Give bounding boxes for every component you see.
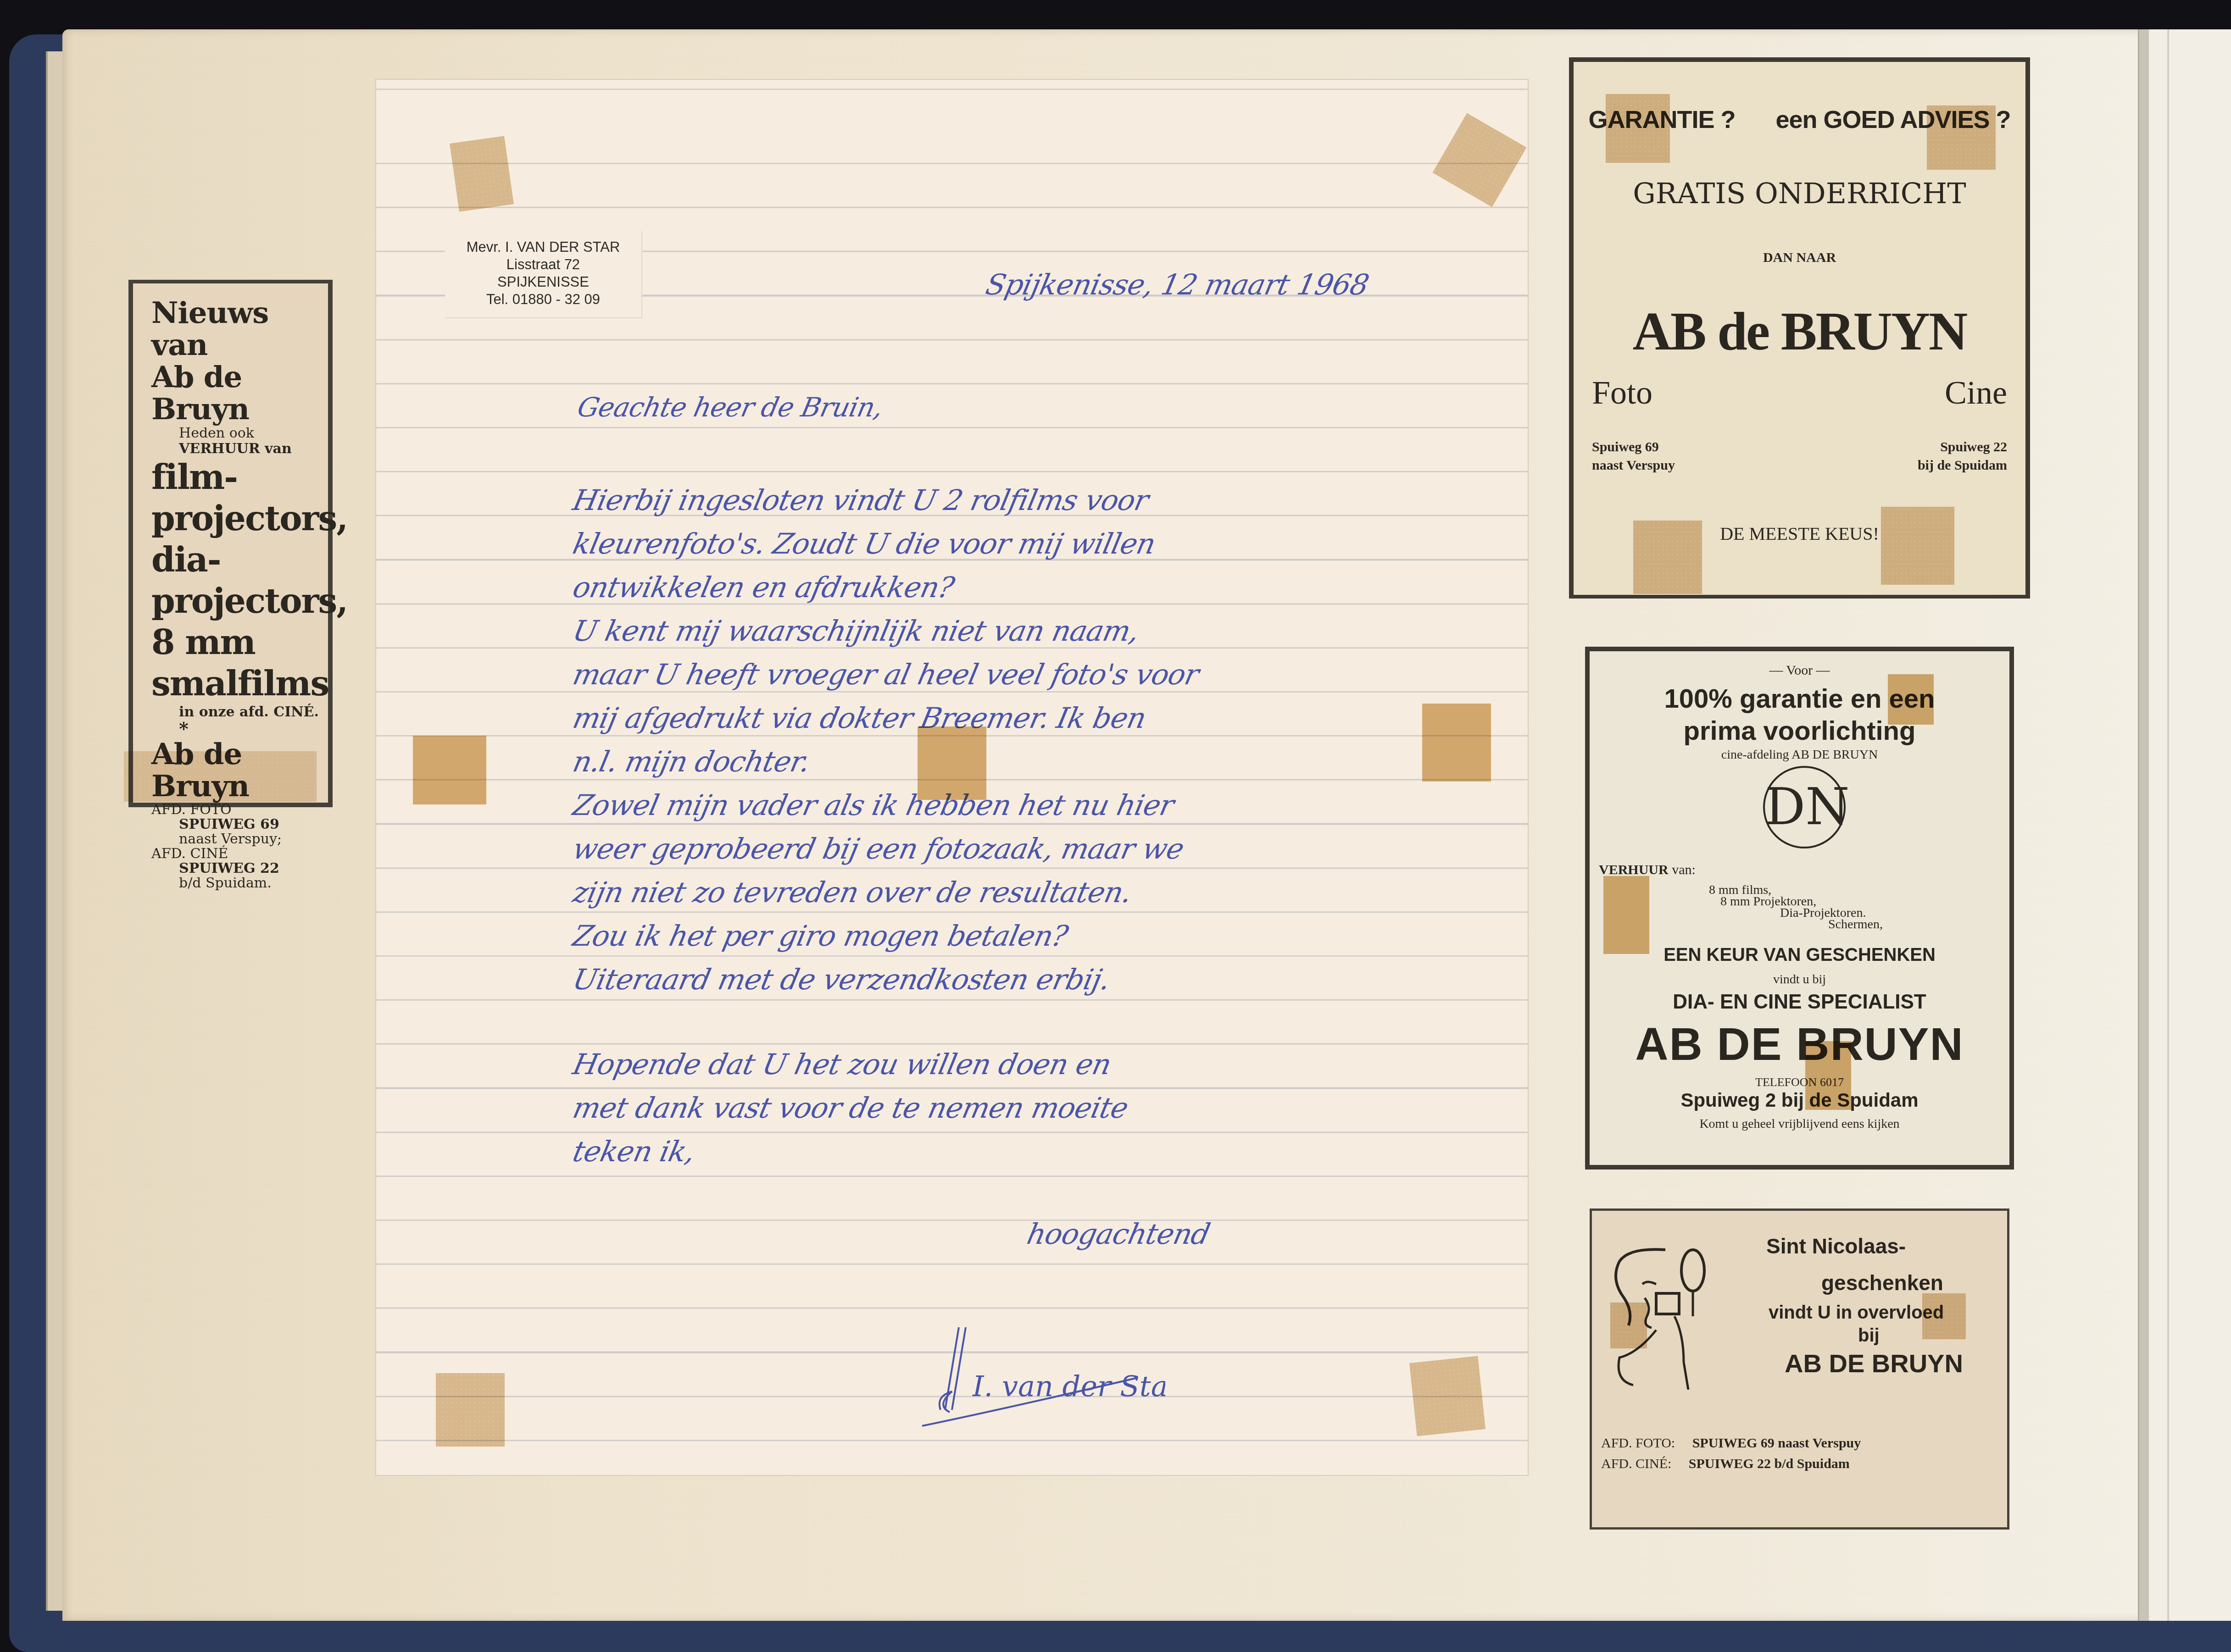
tape-strip bbox=[1610, 1303, 1647, 1348]
ad-address: Spuiweg 2 bij de Spuidam bbox=[1590, 1089, 2009, 1111]
clip-line: Ab de Bruyn bbox=[151, 361, 319, 426]
tape-strip bbox=[1888, 674, 1934, 725]
ad-dan-naar: DAN NAAR bbox=[1574, 250, 2025, 266]
tape-strip bbox=[436, 1373, 505, 1447]
ad-address-line: Spuiweg 22 bbox=[1918, 438, 2007, 456]
clip-line: VERHUUR van bbox=[151, 441, 319, 457]
tape-strip bbox=[1927, 105, 1996, 170]
tape-strip bbox=[450, 136, 514, 211]
tape-strip bbox=[1922, 1293, 1966, 1339]
clip-line: Heden ook bbox=[151, 426, 319, 441]
tape-strip bbox=[1422, 704, 1491, 782]
letter-body-line: weer geprobeerd bij een fotozaak, maar w… bbox=[570, 832, 1187, 865]
ad-dept-address: SPUIWEG 69 naast Verspuy bbox=[1692, 1436, 1861, 1451]
letter-body-line: Hierbij ingesloten vindt U 2 rolfilms vo… bbox=[570, 483, 1152, 517]
tape-strip bbox=[1606, 94, 1670, 163]
letter-body-line: n.l. mijn dochter. bbox=[570, 745, 813, 778]
ad-verhuur-van: van: bbox=[1672, 862, 1696, 877]
clip-line: Nieuws van bbox=[151, 297, 319, 361]
ad-subline: cine-afdeling AB DE BRUYN bbox=[1590, 748, 2009, 762]
handwritten-letter: Mevr. I. VAN DER STAR Lisstraat 72 SPIJK… bbox=[376, 80, 1528, 1475]
letter-body-line: ontwikkelen en afdrukken? bbox=[570, 571, 957, 604]
tape-strip bbox=[1409, 1356, 1485, 1436]
album-next-page bbox=[2149, 29, 2231, 1621]
ad-dept-label: AFD. FOTO: bbox=[1601, 1436, 1675, 1451]
letter-closing-line: teken ik, bbox=[570, 1135, 698, 1168]
album-gutter bbox=[2138, 29, 2149, 1621]
signature-icon: I. van der Star bbox=[908, 1318, 1165, 1428]
letter-closing-line: Hopende dat U het zou willen doen en bbox=[570, 1048, 1114, 1081]
newspaper-clipping-sinterklaas-ad: Sint Nicolaas- geschenken vindt U in ove… bbox=[1590, 1209, 2009, 1530]
clip-line: AFD. CINÉ bbox=[151, 847, 319, 861]
ad-dept-label: AFD. CINÉ: bbox=[1601, 1456, 1671, 1471]
letter-body-line: maar U heeft vroeger al heel veel foto's… bbox=[570, 658, 1202, 691]
clip-line: projectors, bbox=[151, 498, 319, 539]
letter-closing-line: met dank vast voor de te nemen moeite bbox=[570, 1091, 1131, 1125]
newspaper-clipping-cine-ad: — Voor — 100% garantie en een prima voor… bbox=[1585, 647, 2014, 1170]
album-page-stack-edge bbox=[46, 51, 64, 1611]
tape-strip bbox=[1433, 113, 1527, 207]
tape-strip bbox=[918, 726, 986, 800]
page-crease bbox=[2167, 29, 2169, 1621]
clip-line: naast Verspuy; bbox=[151, 832, 319, 847]
letter-body-line: Zou ik het per giro mogen betalen? bbox=[570, 919, 1071, 953]
clip-line: AFD. FOTO bbox=[151, 803, 319, 817]
ad-headline: 100% garantie en een bbox=[1590, 683, 2009, 714]
newspaper-clipping-advice-ad: GARANTIE ? een GOED ADVIES ? GRATIS ONDE… bbox=[1569, 57, 2030, 599]
ad-phone: TELEFOON 6017 bbox=[1590, 1075, 2009, 1089]
ad-dept-address: SPUIWEG 22 b/d Spuidam bbox=[1689, 1456, 1850, 1471]
clip-line: b/d Spuidam. bbox=[151, 876, 319, 891]
tape-strip bbox=[413, 736, 486, 804]
clip-line: film- bbox=[151, 457, 319, 498]
ad-line: bij bbox=[1858, 1325, 1880, 1346]
ad-vindt: vindt u bij bbox=[1590, 972, 2009, 987]
ad-specialist: DIA- EN CINE SPECIALIST bbox=[1590, 991, 2009, 1014]
letter-body-line: U kent mij waarschijnlijk niet van naam, bbox=[570, 614, 1142, 648]
letter-body-line: mij afgedrukt via dokter Breemer. Ik ben bbox=[570, 701, 1149, 735]
ad-dept-foto: Foto bbox=[1592, 374, 1652, 412]
sender-name: Mevr. I. VAN DER STAR bbox=[445, 238, 641, 256]
ad-verhuur-label: VERHUUR bbox=[1599, 862, 1669, 877]
letter-body-line: kleurenfoto's. Zoudt U die voor mij will… bbox=[570, 527, 1158, 560]
clip-line: SPUIWEG 22 bbox=[151, 861, 319, 876]
ad-subhead: GRATIS ONDERRICHT bbox=[1574, 177, 2025, 210]
tape-strip bbox=[1881, 507, 1954, 585]
svg-text:I. van der Star: I. van der Star bbox=[972, 1369, 1165, 1403]
ad-address-line: naast Verspuy bbox=[1592, 456, 1675, 475]
ad-address-line: Spuiweg 69 bbox=[1592, 438, 1675, 456]
clip-line: in onze afd. CINÉ. bbox=[151, 704, 319, 720]
newspaper-clipping-rental-ad: Nieuws van Ab de Bruyn Heden ook VERHUUR… bbox=[128, 280, 333, 807]
sender-city: SPIJKENISSE bbox=[445, 273, 641, 291]
ad-voor: — Voor — bbox=[1590, 663, 2009, 678]
clip-line: dia- bbox=[151, 539, 319, 581]
ad-invite: Komt u geheel vrijblijvend eens kijken bbox=[1590, 1117, 2009, 1131]
ad-brand: AB de BRUYN bbox=[1574, 300, 2025, 363]
ad-rental-item: Schermen, bbox=[1828, 917, 1883, 932]
tape-strip bbox=[124, 751, 317, 802]
letterhead-label: Mevr. I. VAN DER STAR Lisstraat 72 SPIJK… bbox=[445, 231, 642, 318]
tape-strip bbox=[1603, 876, 1649, 954]
letter-body-line: Uiteraard met de verzendkosten erbij. bbox=[570, 963, 1113, 996]
ad-headline: prima voorlichting bbox=[1590, 715, 2009, 746]
ad-line: vindt U in overvloed bbox=[1769, 1303, 1944, 1323]
letter-body-line: zijn niet zo tevreden over de resultaten… bbox=[570, 876, 1135, 909]
letter-body-line: Zowel mijn vader als ik hebben het nu hi… bbox=[570, 788, 1177, 822]
ad-dept-cine: Cine bbox=[1945, 374, 2007, 412]
letter-valediction: hoogachtend bbox=[1024, 1217, 1213, 1251]
clip-line: projectors, bbox=[151, 581, 319, 622]
ad-brand: AB DE BRUYN bbox=[1590, 1018, 2009, 1071]
clip-line: 8 mm bbox=[151, 622, 319, 663]
tape-strip bbox=[1805, 1041, 1851, 1110]
tape-strip bbox=[1633, 521, 1702, 594]
ad-keur: EEN KEUR VAN GESCHENKEN bbox=[1590, 945, 2009, 965]
sender-street: Lisstraat 72 bbox=[445, 256, 641, 273]
letter-date: Spijkenisse, 12 maart 1968 bbox=[983, 268, 1372, 301]
clip-line: SPUIWEG 69 bbox=[151, 817, 319, 832]
ad-address-line: bij de Spuidam bbox=[1918, 456, 2007, 475]
ad-line: geschenken bbox=[1821, 1270, 1943, 1295]
letter-salutation: Geachte heer de Bruin, bbox=[575, 392, 886, 423]
dn-monogram-logo: DN bbox=[1763, 766, 1846, 848]
asterisk-ornament: * bbox=[151, 720, 319, 738]
clip-line: smalfilms bbox=[151, 663, 319, 704]
ad-brand: AB DE BRUYN bbox=[1785, 1348, 1963, 1378]
ad-line: Sint Nicolaas- bbox=[1766, 1234, 1906, 1258]
sender-phone: Tel. 01880 - 32 09 bbox=[445, 291, 641, 308]
